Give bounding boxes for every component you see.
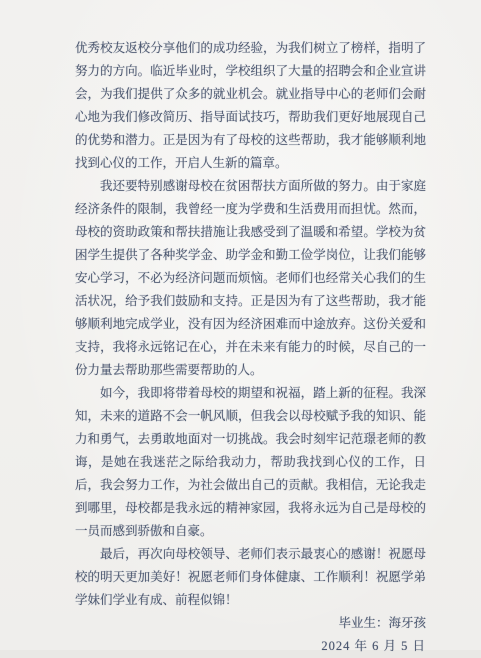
date-line: 2024 年 6 月 5 日 (75, 635, 426, 650)
signature-line: 毕业生：海牙孩 (75, 612, 426, 635)
letter-paragraph: 最后，再次向母校领导、老师们表示最衷心的感谢！祝愿母校的明天更加美好！祝愿老师们… (75, 543, 426, 612)
letter-paragraph: 我还要特别感谢母校在贫困帮扶方面所做的努力。由于家庭经济条件的限制，我曾经一度为… (75, 175, 426, 382)
letter-body: 优秀校友返校分享他们的成功经验，为我们树立了榜样，指明了努力的方向。临近毕业时，… (75, 37, 426, 650)
letter-paragraph: 优秀校友返校分享他们的成功经验，为我们树立了榜样，指明了努力的方向。临近毕业时，… (75, 37, 426, 175)
letter-paragraph: 如今，我即将带着母校的期望和祝福，踏上新的征程。我深知，未来的道路不会一帆风顺，… (75, 382, 426, 543)
signature-block: 毕业生：海牙孩 2024 年 6 月 5 日 (75, 612, 426, 650)
letter-page: 优秀校友返校分享他们的成功经验，为我们树立了榜样，指明了努力的方向。临近毕业时，… (0, 0, 481, 650)
